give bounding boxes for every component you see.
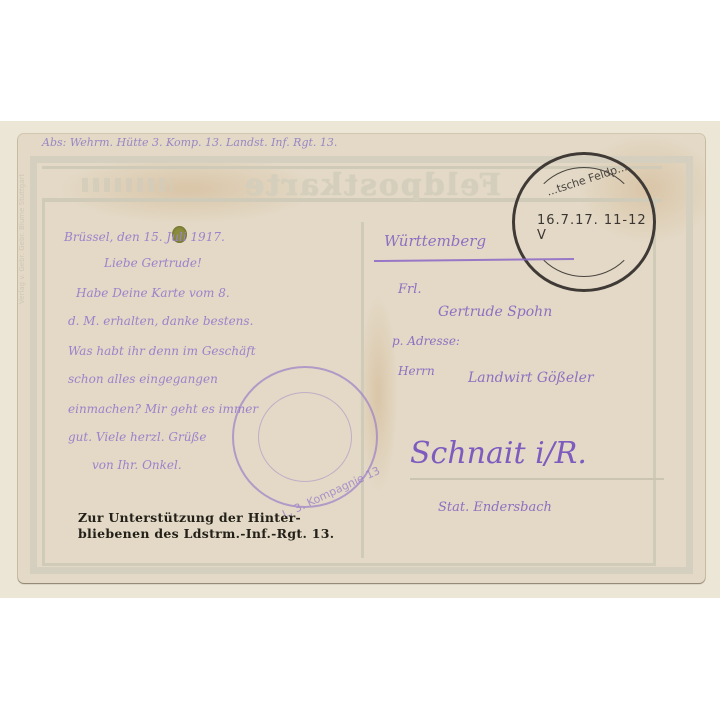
message-address-divider [361, 222, 364, 558]
message-place-date: Brüssel, den 15. Juli 1917. [64, 230, 225, 244]
message-line: Habe Deine Karte vom 8. [76, 286, 230, 300]
sender-line: Abs: Wehrm. Hütte 3. Komp. 13. Landst. I… [42, 136, 337, 149]
address-care-of: p. Adresse: [392, 334, 460, 348]
postcard: Feldpostkarte Verlag v. Gebr. Gebr. Blum… [18, 134, 705, 583]
printed-caption: Zur Unterstützung der Hinter- bliebenen … [78, 510, 368, 542]
header-title: Feldpostkarte [212, 168, 532, 203]
message-line: Was habt ihr denn im Geschäft [68, 344, 256, 358]
address-name: Gertrude Spohn [438, 304, 552, 320]
publisher-imprint: Verlag v. Gebr. Gebr. Blume Stuttgart [18, 134, 26, 304]
message-line: schon alles eingegangen [68, 372, 218, 386]
address-town: Schnait i/R. [410, 436, 587, 471]
printed-caption-line1: Zur Unterstützung der Hinter- [78, 510, 368, 526]
postmark-date: 16.7.17. 11-12 V [537, 213, 653, 243]
unit-stamp: L. 3. Kompagnie 13 [232, 366, 378, 508]
message-line: d. M. erhalten, danke bestens. [68, 314, 253, 328]
postmark: ...tsche Feldp... 16.7.17. 11-12 V [512, 152, 656, 292]
ornament-left [82, 178, 172, 192]
message-line: einmachen? Mir geht es immer [68, 402, 258, 416]
message-greeting: Liebe Gertrude! [104, 256, 202, 270]
message-line: von Ihr. Onkel. [92, 458, 182, 472]
address-region: Württemberg [384, 232, 486, 250]
address-salutation: Frl. [398, 282, 422, 297]
address-guide-line [410, 478, 664, 480]
address-station: Stat. Endersbach [438, 500, 552, 515]
printed-caption-line2: bliebenen des Ldstrm.-Inf.-Rgt. 13. [78, 526, 368, 542]
address-recipient-prefix: Herrn [398, 364, 435, 378]
address-recipient: Landwirt Gößeler [468, 370, 594, 386]
unit-stamp-inner-ring [258, 392, 352, 482]
message-line: gut. Viele herzl. Grüße [68, 430, 207, 444]
